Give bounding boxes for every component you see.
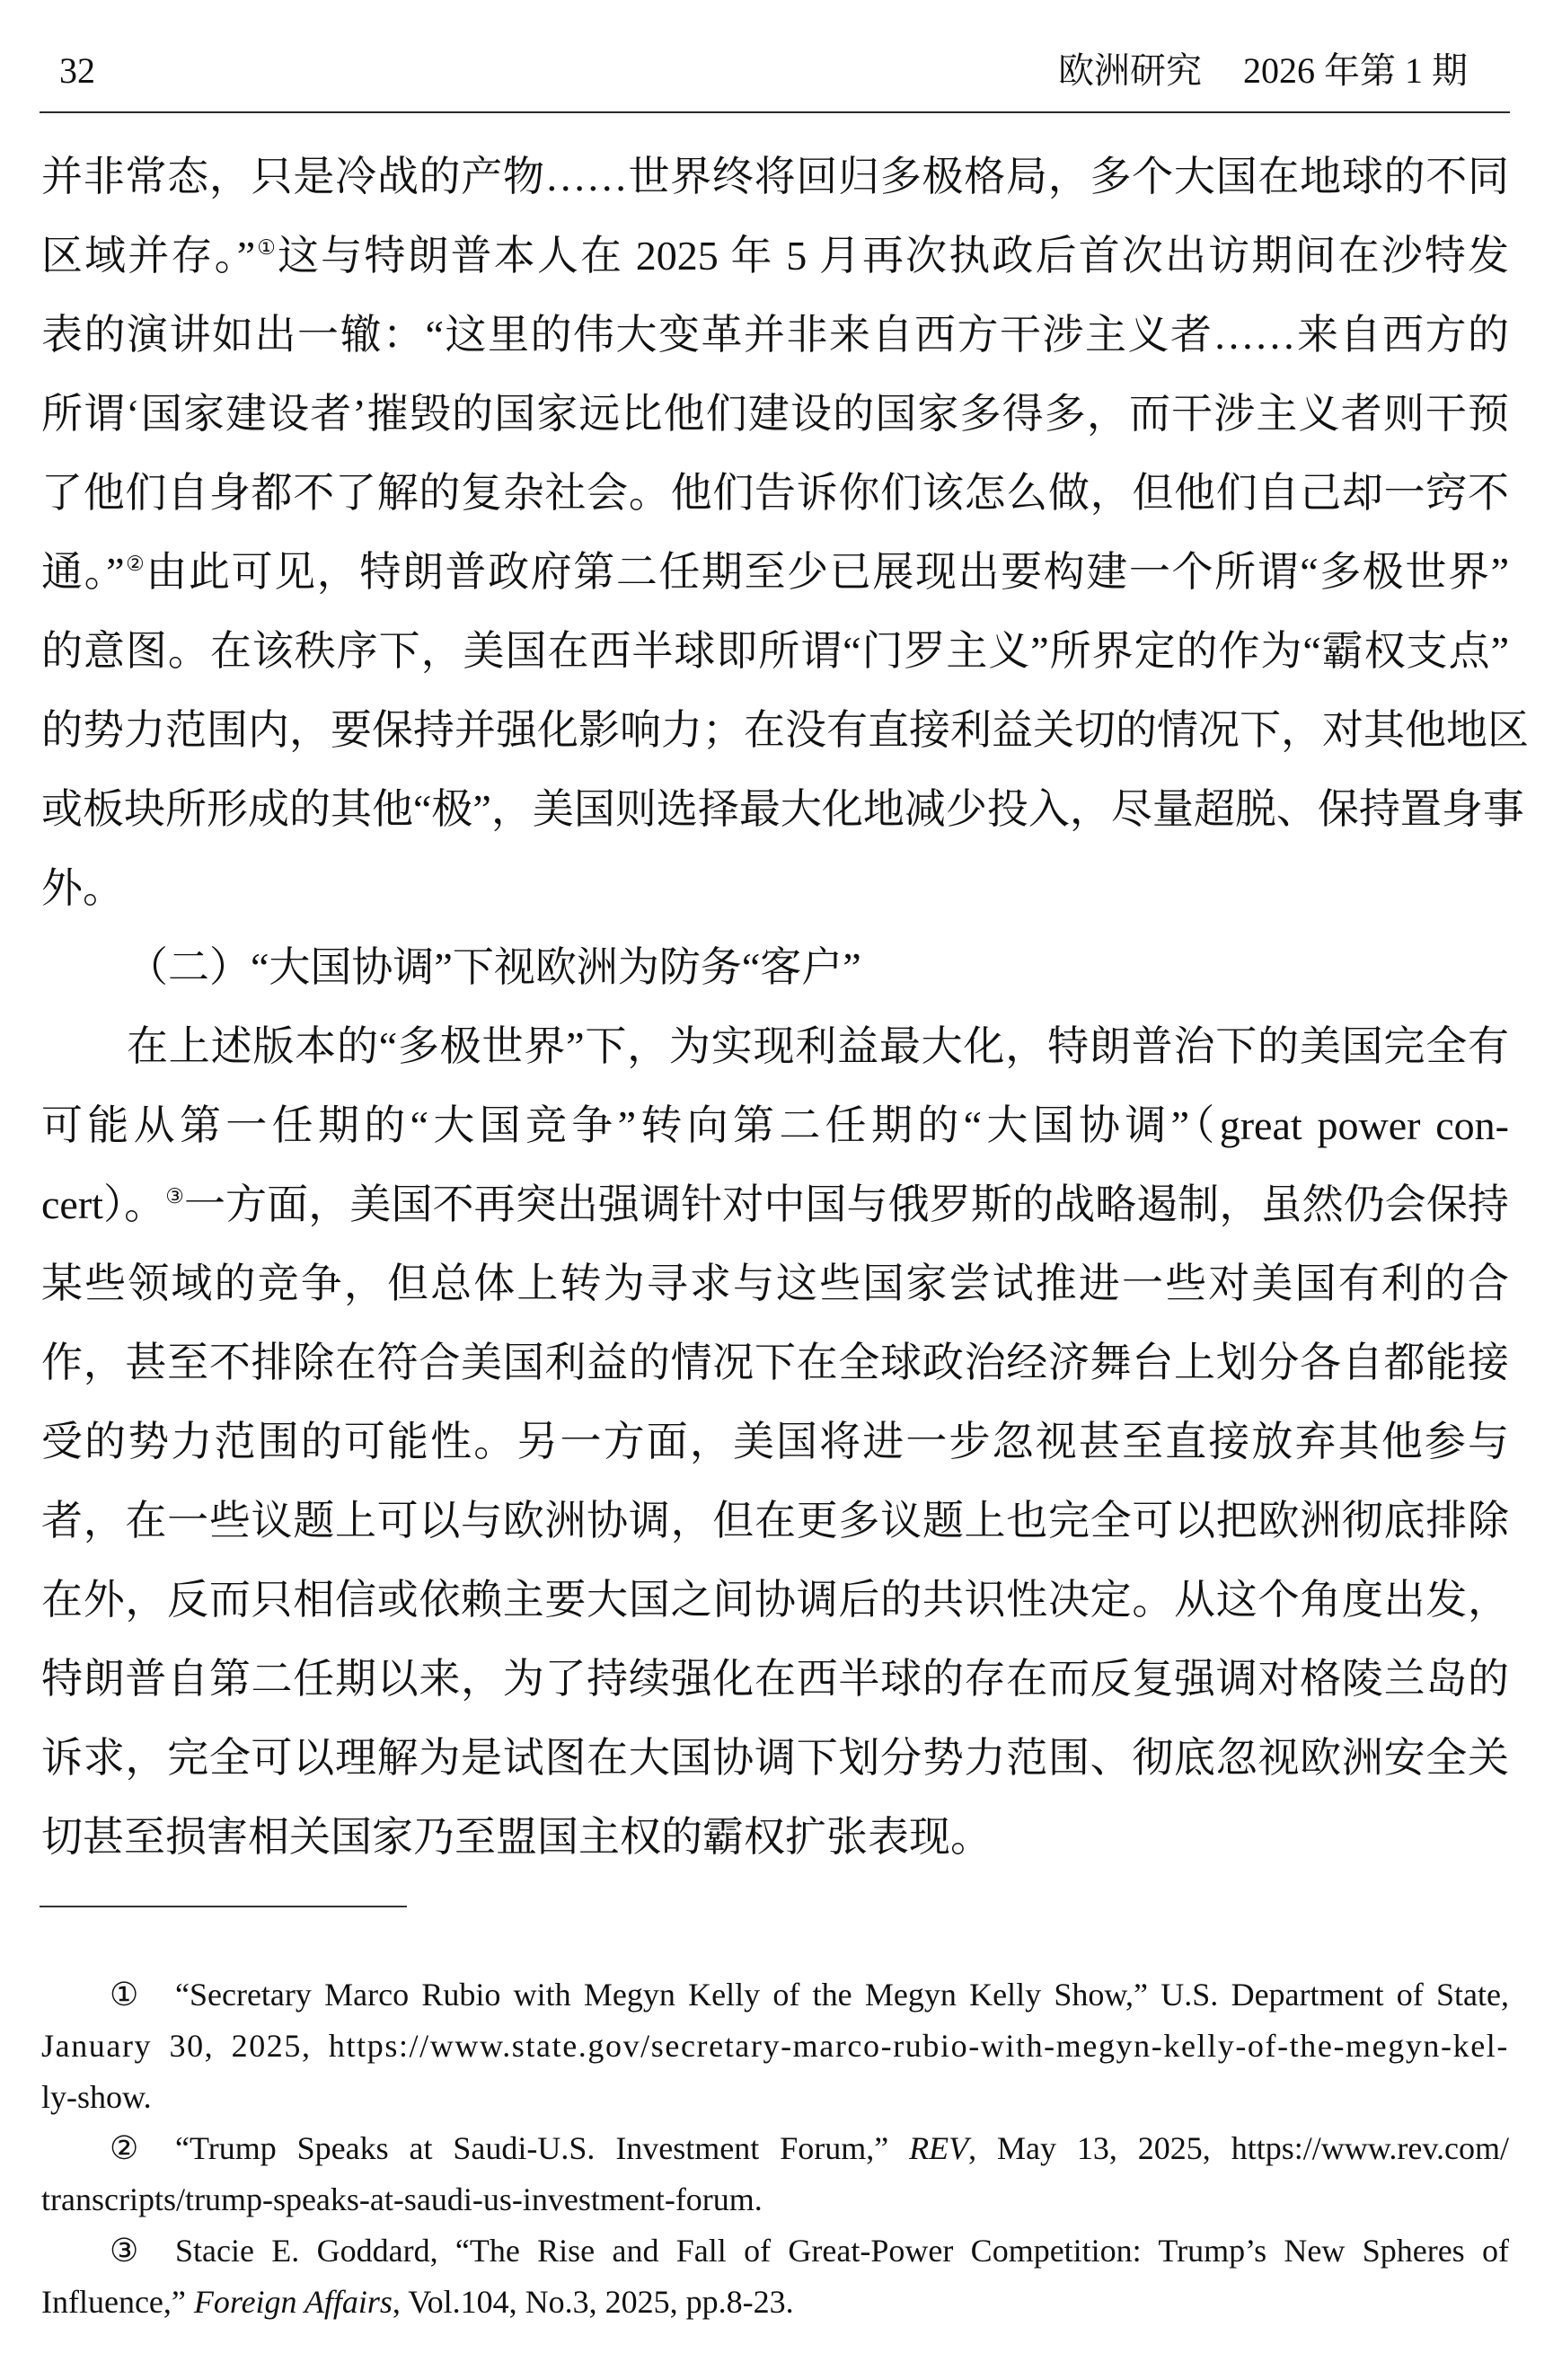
text-line: 在上述版本的“多极世界”下，为实现利益最大化，特朗普治下的美国完全有 (41, 1007, 1509, 1086)
text-line: 某些领域的竞争，但总体上转为寻求与这些国家尝试推进一些对美国有利的合 (41, 1244, 1509, 1323)
footnote-separator (40, 1906, 407, 1907)
footnote-line: ③Stacie E. Goddard, “The Rise and Fall o… (41, 2225, 1509, 2277)
footnote-text: “Secretary Marco Rubio with Megyn Kelly … (175, 1977, 1509, 2013)
footnote-3: ③Stacie E. Goddard, “The Rise and Fall o… (41, 2225, 1509, 2328)
text-line: 外。 (41, 849, 1509, 928)
text-line: 切甚至损害相关国家乃至盟国主权的霸权扩张表现。 (41, 1798, 1509, 1877)
text-segment: cert）。 (41, 1181, 165, 1227)
text-line: 受的势力范围的可能性。另一方面，美国将进一步忽视甚至直接放弃其他参与 (41, 1402, 1509, 1482)
footnote-line: ①“Secretary Marco Rubio with Megyn Kelly… (41, 1969, 1509, 2021)
footnote-number: ① (110, 1969, 175, 2021)
footnote-line: transcripts/trump-speaks-at-saudi-us-inv… (41, 2174, 1509, 2225)
text-line: 特朗普自第二任期以来，为了持续强化在西半球的存在而反复强调对格陵兰岛的 (41, 1640, 1509, 1719)
footnote-text: Influence,” (41, 2284, 194, 2320)
text-line: 或板块所形成的其他“极”，美国则选择最大化地减少投入，尽量超脱、保持置身事 (41, 770, 1509, 849)
text-line: 区域并存。”①这与特朗普本人在 2025 年 5 月再次执政后首次出访期间在沙特… (41, 217, 1509, 296)
text-line: 通。”②由此可见，特朗普政府第二任期至少已展现出要构建一个所谓“多极世界” (41, 533, 1509, 612)
body-text: 并非常态，只是冷战的产物……世界终将回归多极格局，多个大国在地球的不同 区域并存… (41, 137, 1509, 1877)
text-line: 所谓‘国家建设者’摧毁的国家远比他们建设的国家多得多，而干涉主义者则干预 (41, 375, 1509, 454)
paragraph-2: 在上述版本的“多极世界”下，为实现利益最大化，特朗普治下的美国完全有 可能从第一… (41, 1007, 1509, 1877)
footnotes: ①“Secretary Marco Rubio with Megyn Kelly… (41, 1969, 1509, 2328)
text-line: 的势力范围内，要保持并强化影响力；在没有直接利益关切的情况下，对其他地区 (41, 691, 1509, 770)
running-header: 欧洲研究2026 年第 1 期 (1058, 49, 1468, 93)
text-line: 可能从第一任期的“大国竞争”转向第二任期的“大国协调”（great power … (41, 1086, 1509, 1165)
source-title-italic: Foreign Affairs (194, 2284, 393, 2320)
footnote-line: Influence,” Foreign Affairs, Vol.104, No… (41, 2277, 1509, 2328)
text-line: 了他们自身都不了解的复杂社会。他们告诉你们该怎么做，但他们自己却一窍不 (41, 454, 1509, 533)
section-heading: （二）“大国协调”下视欧洲为防务“客户” (41, 928, 1509, 1007)
footnote-text: Stacie E. Goddard, “The Rise and Fall of… (175, 2233, 1509, 2269)
text-line: 表的演讲如出一辙：“这里的伟大变革并非来自西方干涉主义者……来自西方的 (41, 296, 1509, 375)
text-segment: 区域并存。” (41, 233, 255, 279)
source-title-italic: REV (909, 2130, 968, 2166)
page-number: 32 (59, 49, 95, 93)
text-line: 作，甚至不排除在符合美国利益的情况下在全球政治经济舞台上划分各自都能接 (41, 1323, 1509, 1402)
footnote-line: ly-show. (41, 2072, 1509, 2123)
text-line: cert）。③一方面，美国不再突出强调针对中国与俄罗斯的战略遏制，虽然仍会保持 (41, 1165, 1509, 1244)
footnote-number: ③ (110, 2225, 175, 2277)
text-line: 在外，反而只相信或依赖主要大国之间协调后的共识性决定。从这个角度出发， (41, 1561, 1509, 1640)
issue-label: 2026 年第 1 期 (1243, 50, 1468, 91)
footnote-1: ①“Secretary Marco Rubio with Megyn Kelly… (41, 1969, 1509, 2123)
footnote-ref-3: ③ (165, 1185, 184, 1208)
text-line: 诉求，完全可以理解为是试图在大国协调下划分势力范围、彻底忽视欧洲安全关 (41, 1719, 1509, 1798)
footnote-text: “Trump Speaks at Saudi-U.S. Investment F… (175, 2130, 909, 2166)
footnote-line: ②“Trump Speaks at Saudi-U.S. Investment … (41, 2123, 1509, 2174)
journal-name: 欧洲研究 (1058, 50, 1202, 91)
footnote-number: ② (110, 2123, 175, 2174)
text-segment: 由此可见，特朗普政府第二任期至少已展现出要构建一个所谓“多极世界” (146, 549, 1509, 595)
footnote-line: January 30, 2025, https://www.state.gov/… (41, 2021, 1509, 2072)
header-rule (40, 111, 1510, 113)
footnote-2: ②“Trump Speaks at Saudi-U.S. Investment … (41, 2123, 1509, 2225)
paragraph-1: 并非常态，只是冷战的产物……世界终将回归多极格局，多个大国在地球的不同 区域并存… (41, 137, 1509, 928)
text-segment: 这与特朗普本人在 2025 年 5 月再次执政后首次出访期间在沙特发 (278, 233, 1509, 279)
text-line: 的意图。在该秩序下，美国在西半球即所谓“门罗主义”所界定的作为“霸权支点” (41, 612, 1509, 691)
text-segment: 通。” (41, 549, 125, 595)
text-line: 并非常态，只是冷战的产物……世界终将回归多极格局，多个大国在地球的不同 (41, 137, 1509, 217)
text-line: 者，在一些议题上可以与欧洲协调，但在更多议题上也完全可以把欧洲彻底排除 (41, 1482, 1509, 1561)
footnote-ref-2: ② (125, 553, 146, 575)
footnote-text: , May 13, 2025, https://www.rev.com/ (968, 2130, 1509, 2166)
text-segment: 一方面，美国不再突出强调针对中国与俄罗斯的战略遏制，虽然仍会保持 (184, 1181, 1509, 1227)
footnote-text: , Vol.104, No.3, 2025, pp.8-23. (393, 2284, 794, 2320)
footnote-ref-1: ① (255, 236, 278, 259)
